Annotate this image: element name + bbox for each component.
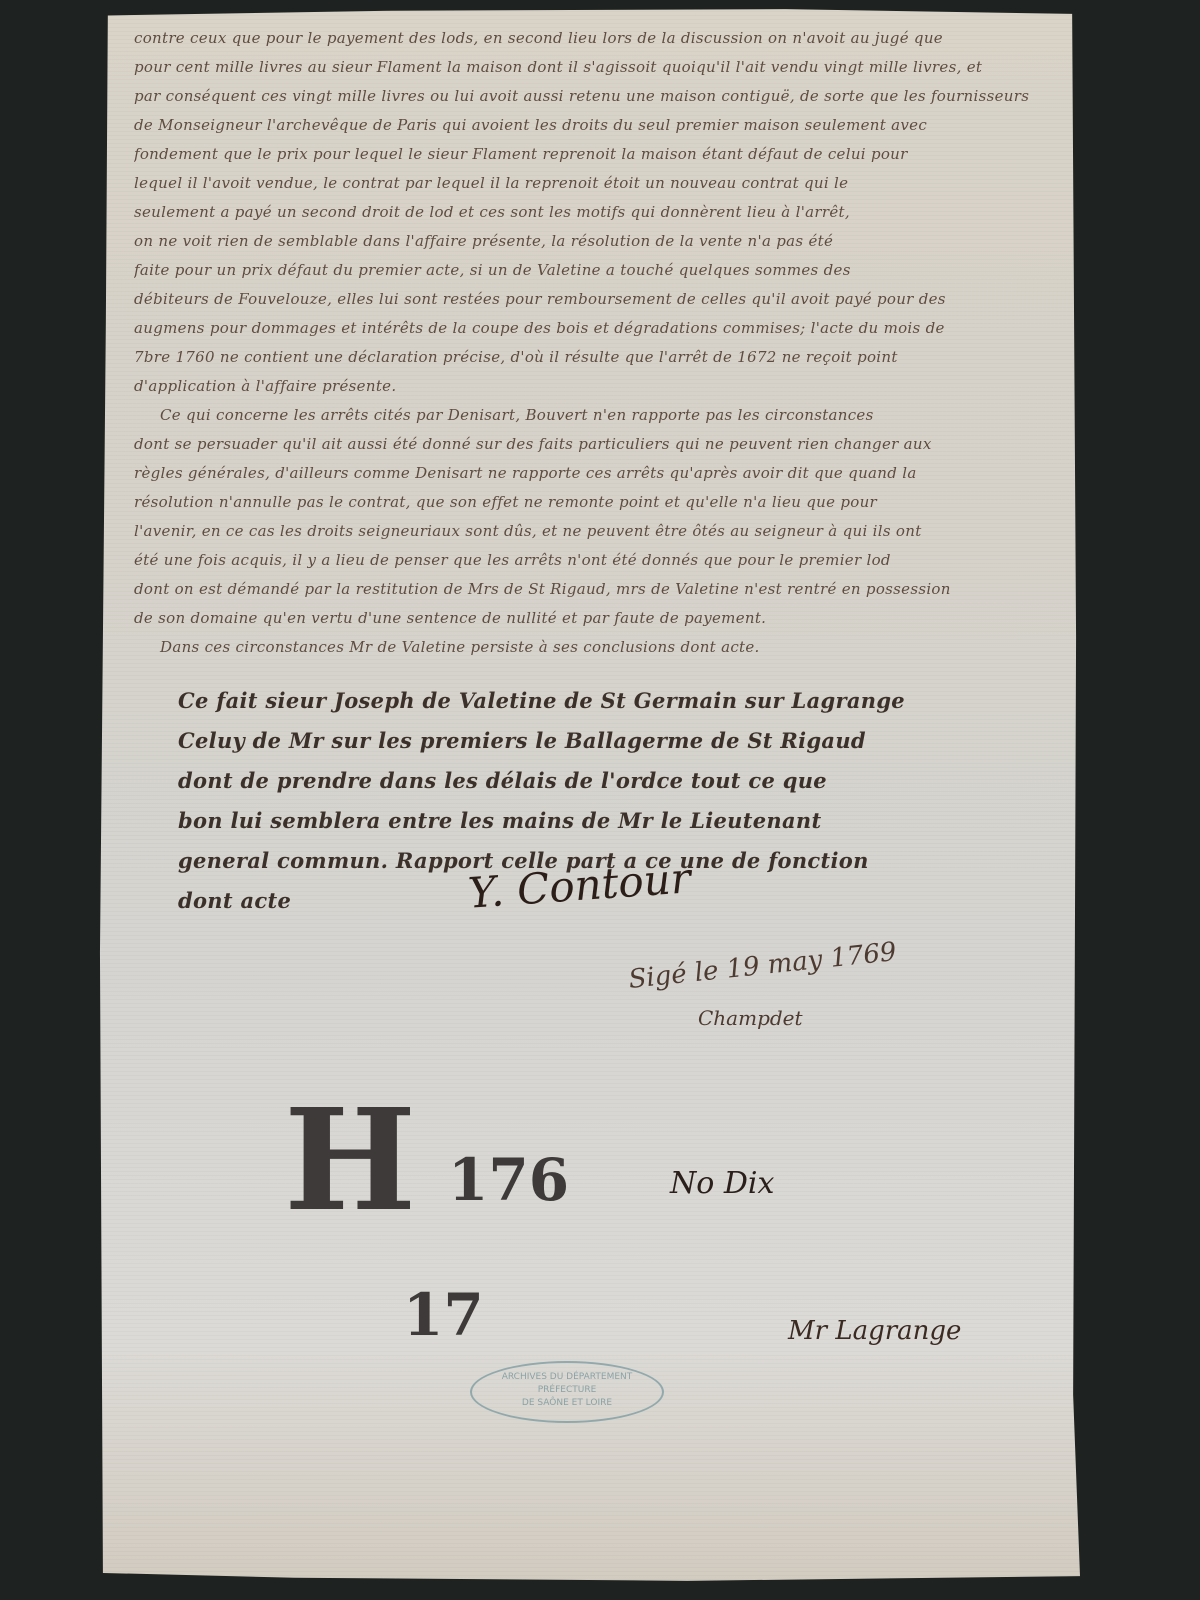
stamp-line: ARCHIVES DU DÉPARTEMENT — [472, 1371, 662, 1384]
body-line: d'application à l'affaire présente. — [134, 372, 1052, 401]
handwritten-item-number: No Dix — [670, 1166, 774, 1201]
clerk-signature: Champdet — [698, 1006, 803, 1030]
body-line: dont on est démandé par la restitution d… — [134, 575, 1052, 604]
ruling-line: dont de prendre dans les délais de l'ord… — [178, 761, 905, 801]
ruling-line: bon lui semblera entre les mains de Mr l… — [178, 801, 905, 841]
archive-series-letter: H — [284, 1091, 416, 1231]
bottom-signature: Mr Lagrange — [788, 1316, 961, 1346]
stamp-line: PRÉFECTURE — [472, 1384, 662, 1397]
body-line: débiteurs de Fouvelouze, elles lui sont … — [134, 285, 1052, 314]
archive-series-number: 176 — [448, 1151, 569, 1209]
body-line: Dans ces circonstances Mr de Valetine pe… — [134, 633, 1052, 662]
body-line: dont se persuader qu'il ait aussi été do… — [134, 430, 1052, 459]
body-line: seulement a payé un second droit de lod … — [134, 198, 1052, 227]
body-line: règles générales, d'ailleurs comme Denis… — [134, 459, 1052, 488]
ruling-line: Celuy de Mr sur les premiers le Ballager… — [178, 721, 905, 761]
date-line: Sigé le 19 may 1769 — [627, 937, 898, 995]
body-line: contre ceux que pour le payement des lod… — [134, 24, 1052, 53]
body-line: été une fois acquis, il y a lieu de pens… — [134, 546, 1052, 575]
body-line: de Monseigneur l'archevêque de Paris qui… — [134, 111, 1052, 140]
manuscript-body: contre ceux que pour le payement des lod… — [134, 24, 1052, 662]
stamp-line: DE SAÔNE ET LOIRE — [472, 1397, 662, 1410]
body-line: par conséquent ces vingt mille livres ou… — [134, 82, 1052, 111]
body-line: pour cent mille livres au sieur Flament … — [134, 53, 1052, 82]
body-line: de son domaine qu'en vertu d'une sentenc… — [134, 604, 1052, 633]
body-line: Ce qui concerne les arrêts cités par Den… — [134, 401, 1052, 430]
body-line: lequel il l'avoit vendue, le contrat par… — [134, 169, 1052, 198]
ruling-line: Ce fait sieur Joseph de Valetine de St G… — [178, 681, 905, 721]
body-line: résolution n'annulle pas le contrat, que… — [134, 488, 1052, 517]
manuscript-page: contre ceux que pour le payement des lod… — [98, 6, 1080, 1584]
archive-stamp: ARCHIVES DU DÉPARTEMENT PRÉFECTURE DE SA… — [470, 1361, 664, 1423]
body-line: fondement que le prix pour lequel le sie… — [134, 140, 1052, 169]
body-line: augmens pour dommages et intérêts de la … — [134, 314, 1052, 343]
body-line: faite pour un prix défaut du premier act… — [134, 256, 1052, 285]
archive-item-number: 17 — [403, 1286, 484, 1344]
body-line: l'avenir, en ce cas les droits seigneuri… — [134, 517, 1052, 546]
body-line: on ne voit rien de semblable dans l'affa… — [134, 227, 1052, 256]
body-line: 7bre 1760 ne contient une déclaration pr… — [134, 343, 1052, 372]
